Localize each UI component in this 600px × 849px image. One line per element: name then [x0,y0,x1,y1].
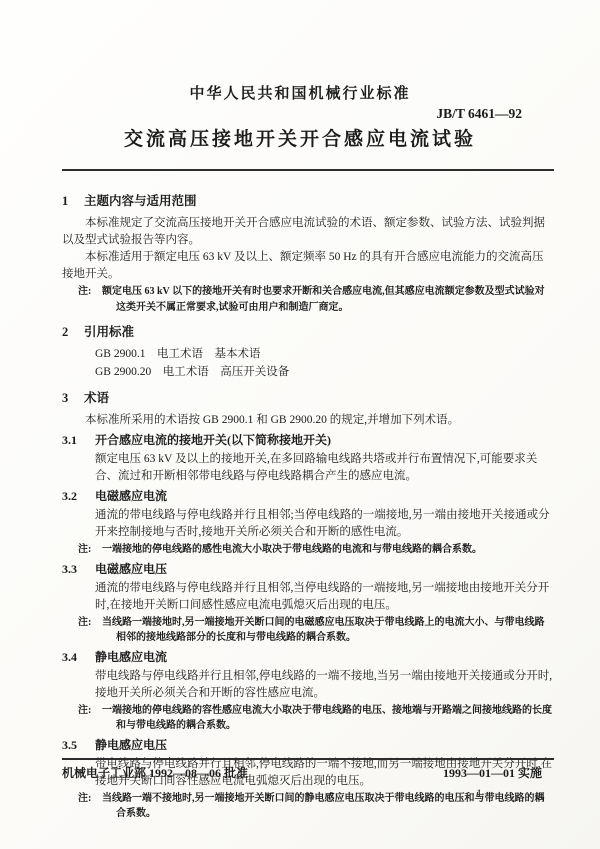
note-label: 注: [78,703,91,719]
referenced-standards-list: GB 2900.1 电工术语 基本术语 GB 2900.20 电工术语 高压开关… [95,346,554,381]
subsection-3-3-number: 3.3 [62,561,95,578]
implementation-date: 1993—01—01 实施 [443,766,554,781]
subsection-3-4-body: 带电线路与停电线路并行且相邻,停电线路的一端不接地,当另一端由接地开关接通或分开… [95,668,554,702]
subsection-3-2-note: 注: 一端接地的停电线路的感性电流大小取决于带电线路的电流和与带电线路的耦合系数… [62,542,554,558]
note-text: 一端接地的停电线路的容性感应电流大小取决于带电线路的电压、接地端与开路端之间接地… [102,705,552,732]
section-3-heading: 3 术语 [62,390,554,407]
note-text: 额定电压 63 kV 以下的接地开关有时也要求开断和关合感应电流,但其感应电流额… [102,286,545,313]
subsection-3-4: 3.4 静电感应电流 带电线路与停电线路并行且相邻,停电线路的一端不接地,当另一… [62,649,554,734]
subsection-3-4-note: 注: 一端接地的停电线路的容性感应电流大小取决于带电线路的电压、接地端与开路端之… [62,703,554,734]
subsection-3-1: 3.1 开合感应电流的接地开关(以下简称接地开关) 额定电压 63 kV 及以上… [62,432,554,485]
section-2-number: 2 [62,324,84,341]
referenced-standard-2: GB 2900.20 电工术语 高压开关设备 [95,364,554,382]
document-footer: 机械电子工业部 1992—08—06 批准 1993—01—01 实施 1 [62,758,554,800]
section-1-paragraph-2: 本标准适用于额定电压 63 kV 及以上、额定频率 50 Hz 的具有开合感应电… [62,249,554,283]
subsection-3-2-number: 3.2 [62,488,95,505]
section-3-title: 术语 [84,390,109,407]
section-1-heading: 1 主题内容与适用范围 [62,193,554,210]
section-2-heading: 2 引用标准 [62,324,554,341]
document-title: 交流高压接地开关开合感应电流试验 [0,129,600,151]
footer-approval-row: 机械电子工业部 1992—08—06 批准 1993—01—01 实施 [62,766,554,781]
section-1-note: 注: 额定电压 63 kV 以下的接地开关有时也要求开断和关合感应电流,但其感应… [62,284,554,315]
section-2-title: 引用标准 [84,324,134,341]
page-number: 1 [62,788,554,800]
section-3: 3 术语 本标准所采用的术语按 GB 2900.1 和 GB 2900.20 的… [62,390,554,822]
section-1-number: 1 [62,193,84,210]
subsection-3-5-title: 静电感应电压 [95,737,167,754]
approval-info: 机械电子工业部 1992—08—06 批准 [62,766,248,781]
subsection-3-2-title: 电磁感应电流 [95,488,167,505]
note-label: 注: [78,542,91,558]
subsection-3-3: 3.3 电磁感应电压 通流的带电线路与停电线路并行且相邻,当停电线路的一端接地,… [62,561,554,646]
subsection-3-5-number: 3.5 [62,737,95,754]
subsection-3-3-title: 电磁感应电压 [95,561,167,578]
subsection-3-4-heading: 3.4 静电感应电流 [62,649,554,666]
subsection-3-3-heading: 3.3 电磁感应电压 [62,561,554,578]
section-3-intro: 本标准所采用的术语按 GB 2900.1 和 GB 2900.20 的规定,并增… [62,412,554,429]
note-text: 一端接地的停电线路的感性电流大小取决于带电线路的电流和与带电线路的耦合系数。 [102,544,482,555]
subsection-3-2: 3.2 电磁感应电流 通流的带电线路与停电线路并行且相邻;当停电线路的一端接地,… [62,488,554,558]
section-2: 2 引用标准 GB 2900.1 电工术语 基本术语 GB 2900.20 电工… [62,324,554,381]
note-label: 注: [78,615,91,631]
subsection-3-2-heading: 3.2 电磁感应电流 [62,488,554,505]
subsection-3-1-number: 3.1 [62,432,95,449]
standard-org-line: 中华人民共和国机械行业标准 [0,86,600,103]
section-1: 1 主题内容与适用范围 本标准规定了交流高压接地开关开合感应电流试验的术语、额定… [62,193,554,315]
section-1-title: 主题内容与适用范围 [84,193,197,210]
subsection-3-4-number: 3.4 [62,649,95,666]
subsection-3-5-heading: 3.5 静电感应电压 [62,737,554,754]
subsection-3-1-heading: 3.1 开合感应电流的接地开关(以下简称接地开关) [62,432,554,449]
note-label: 注: [78,284,91,300]
standard-document-page: 中华人民共和国机械行业标准 JB/T 6461—92 交流高压接地开关开合感应电… [0,0,600,849]
subsection-3-3-body: 通流的带电线路与停电线路并行且相邻,当停电线路的一端接地,另一端接地由接地开关分… [95,580,554,614]
subsection-3-3-note: 注: 当线路一端接地时,另一端接地开关断口间的电磁感应电压取决于带电线路上的电流… [62,615,554,646]
referenced-standard-1: GB 2900.1 电工术语 基本术语 [95,346,554,364]
subsection-3-4-title: 静电感应电流 [95,649,167,666]
subsection-3-2-body: 通流的带电线路与停电线路并行且相邻;当停电线路的一端接地,另一端由接地开关接通或… [95,507,554,541]
subsection-3-1-body: 额定电压 63 kV 及以上的接地开关,在多回路输电线路共塔或并行布置情况下,可… [95,451,554,485]
document-body: 1 主题内容与适用范围 本标准规定了交流高压接地开关开合感应电流试验的术语、额定… [62,193,554,822]
subsection-3-1-title: 开合感应电流的接地开关(以下简称接地开关) [95,432,331,449]
header-rule [62,169,554,171]
note-text: 当线路一端接地时,另一端接地开关断口间的电磁感应电压取决于带电线路上的电流大小、… [102,617,545,644]
standard-code: JB/T 6461—92 [0,106,600,121]
footer-rule [62,758,554,760]
section-1-paragraph-1: 本标准规定了交流高压接地开关开合感应电流试验的术语、额定参数、试验方法、试验判据… [62,215,554,249]
section-3-number: 3 [62,390,84,407]
